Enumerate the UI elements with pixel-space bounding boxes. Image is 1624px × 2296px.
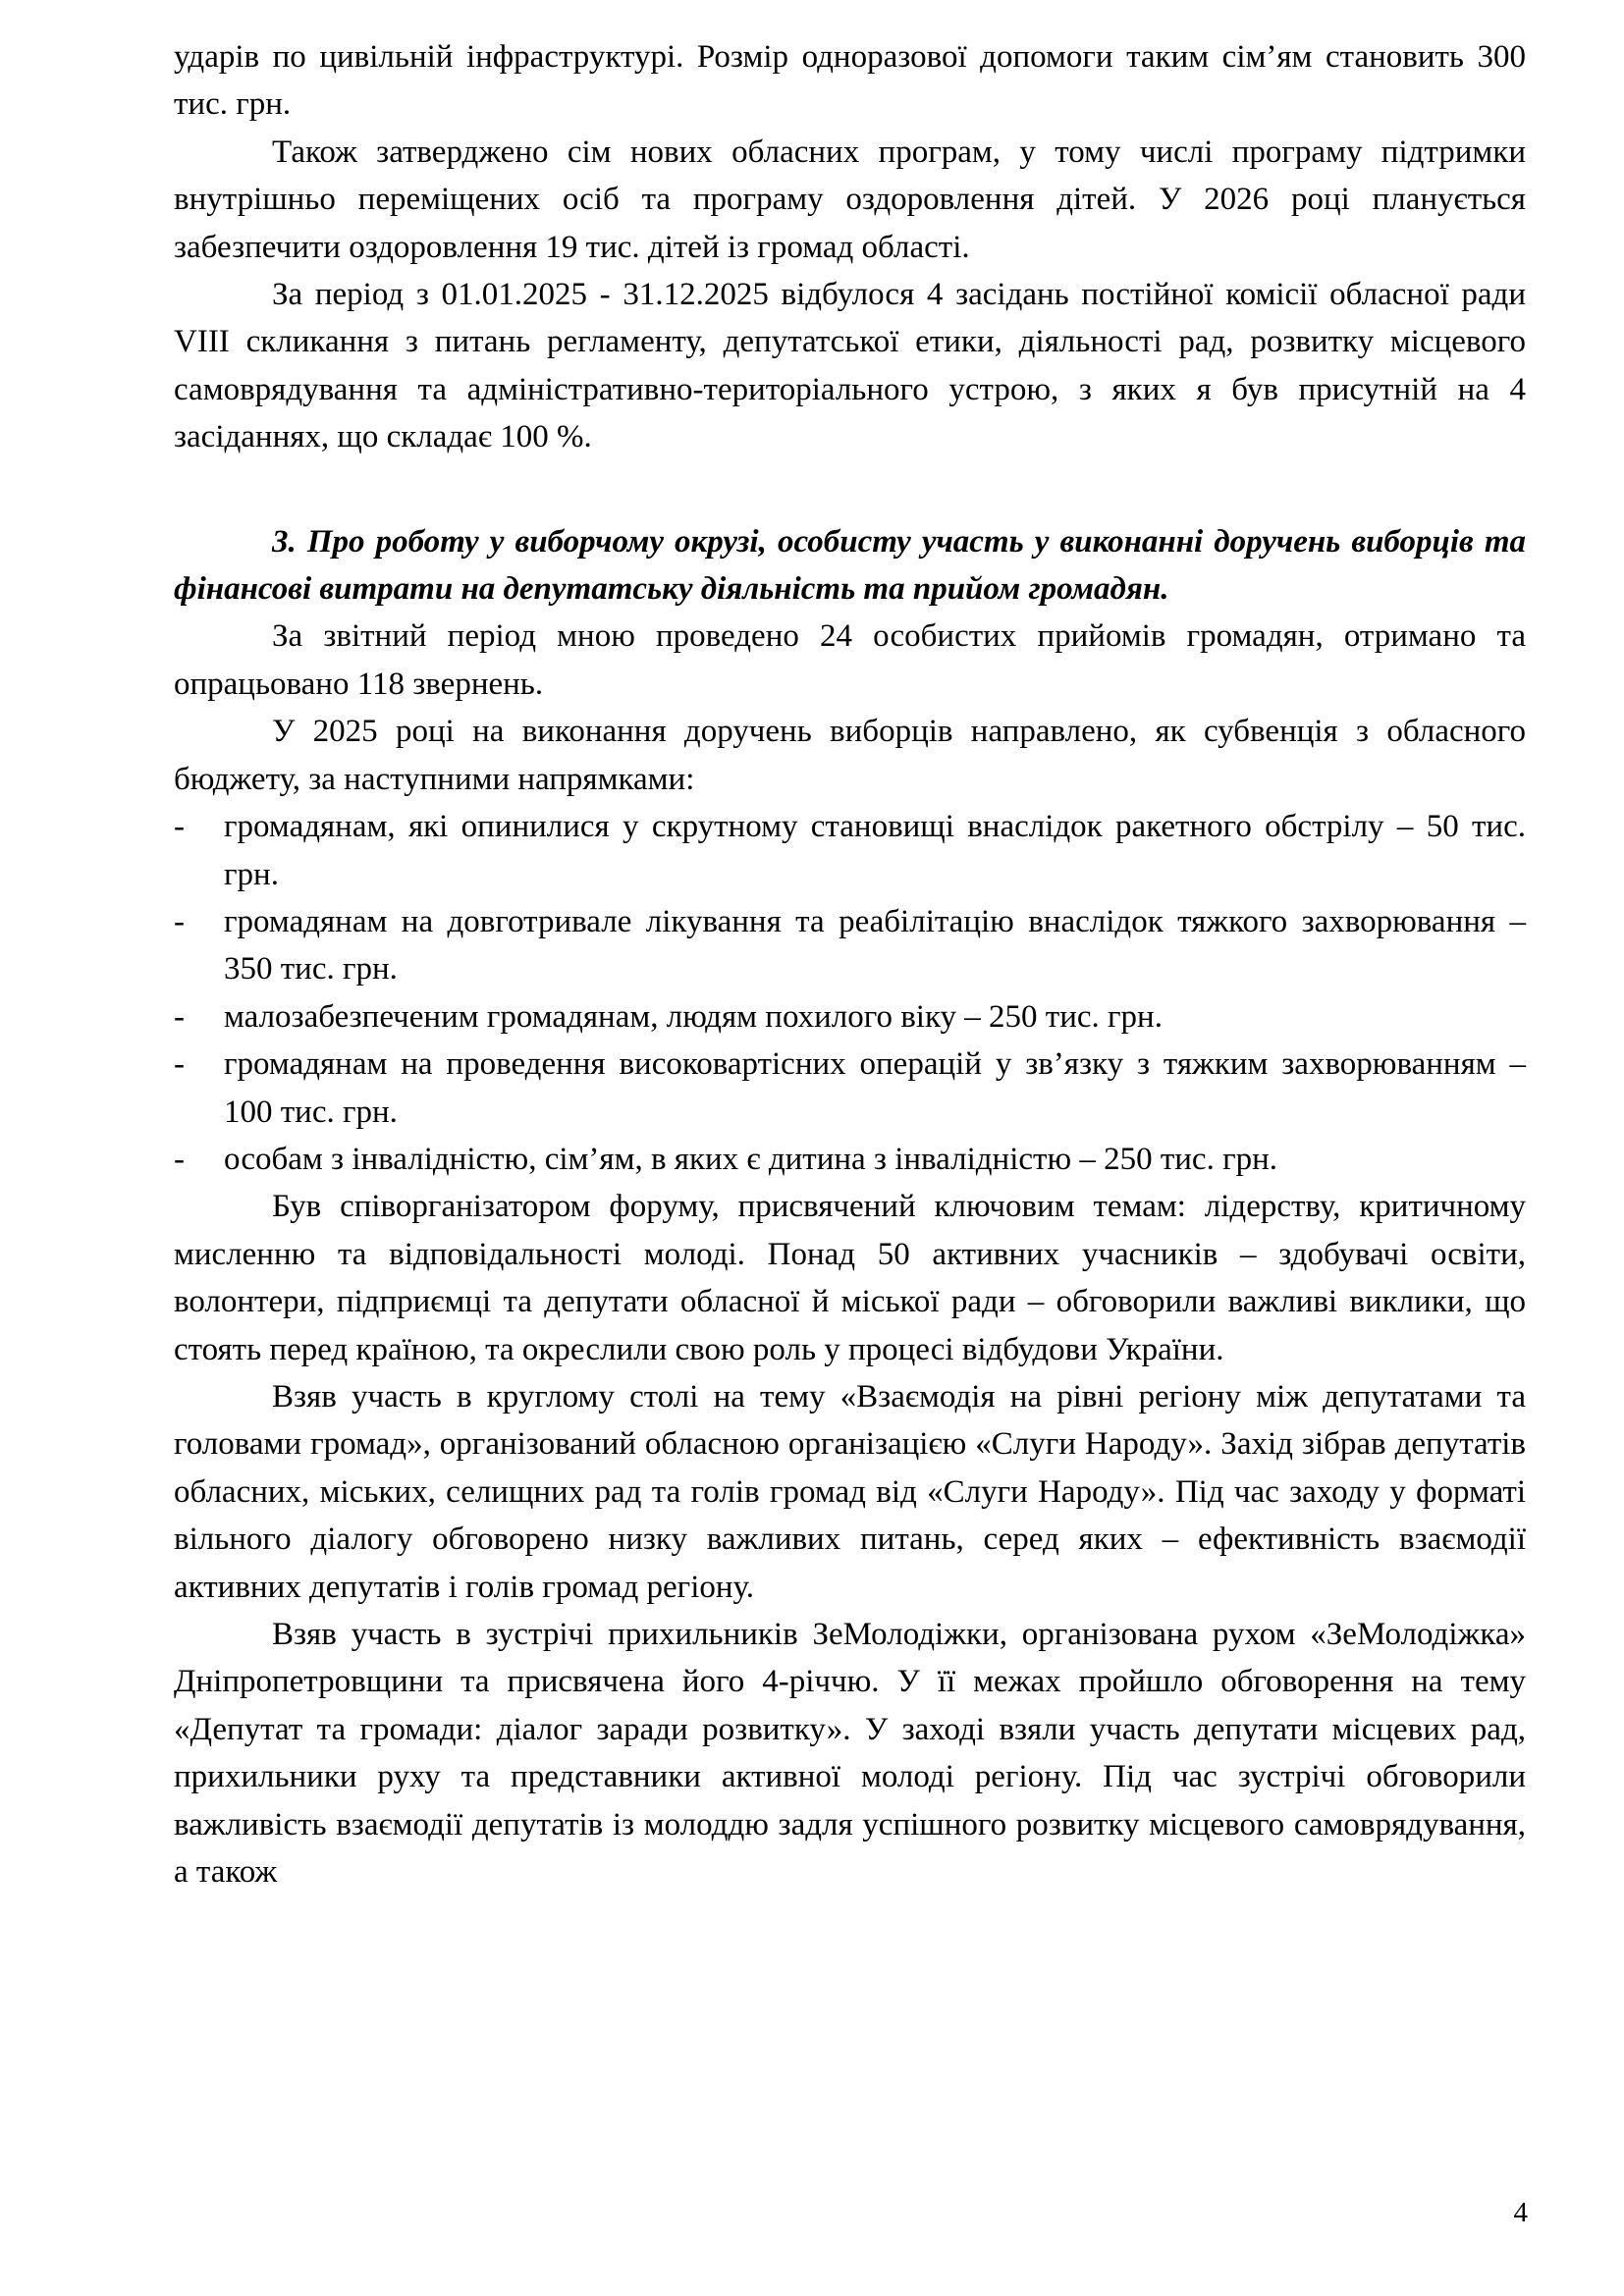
paragraph-continuation: ударів по цивільній інфраструктурі. Розм… [174, 33, 1526, 129]
bullet-dash: - [174, 1041, 185, 1088]
bullet-dash: - [174, 898, 185, 945]
bullet-dash: - [174, 1136, 185, 1183]
list-item: - громадянам на проведення високовартісн… [174, 1041, 1526, 1136]
list-item: - громадянам на довготривале лікування т… [174, 898, 1526, 993]
paragraph-commission: За період з 01.01.2025 - 31.12.2025 відб… [174, 271, 1526, 461]
subvention-list: - громадянам, які опинилися у скрутному … [174, 803, 1526, 1183]
page-content: ударів по цивільній інфраструктурі. Розм… [174, 33, 1526, 1896]
list-item-text: громадянам на довготривале лікування та … [224, 904, 1526, 987]
list-item: - громадянам, які опинилися у скрутному … [174, 803, 1526, 898]
paragraph-programs: Також затверджено сім нових обласних про… [174, 129, 1526, 271]
page-number: 4 [1502, 2195, 1528, 2230]
paragraph-round-table: Взяв участь в круглому столі на тему «Вз… [174, 1373, 1526, 1611]
document-page: ударів по цивільній інфраструктурі. Розм… [0, 0, 1624, 2296]
paragraph-youth-meeting: Взяв участь в зустрічі прихильників ЗеМо… [174, 1611, 1526, 1896]
paragraph-forum: Був співорганізатором форуму, присвячени… [174, 1183, 1526, 1373]
section-heading: 3. Про роботу у виборчому окрузі, особис… [174, 518, 1526, 614]
paragraph-receptions: За звітний період мною проведено 24 особ… [174, 613, 1526, 708]
list-item-text: малозабезпеченим громадянам, людям похил… [224, 999, 1163, 1035]
paragraph-subvention-intro: У 2025 році на виконання доручень виборц… [174, 708, 1526, 803]
list-item-text: особам з інвалідністю, сім’ям, в яких є … [224, 1142, 1277, 1177]
bullet-dash: - [174, 993, 185, 1041]
list-item: - малозабезпеченим громадянам, людям пох… [174, 993, 1526, 1041]
list-item: - особам з інвалідністю, сім’ям, в яких … [174, 1136, 1526, 1183]
list-item-text: громадянам на проведення високовартісних… [224, 1046, 1526, 1129]
bullet-dash: - [174, 803, 185, 850]
list-item-text: громадянам, які опинилися у скрутному ст… [224, 809, 1526, 891]
